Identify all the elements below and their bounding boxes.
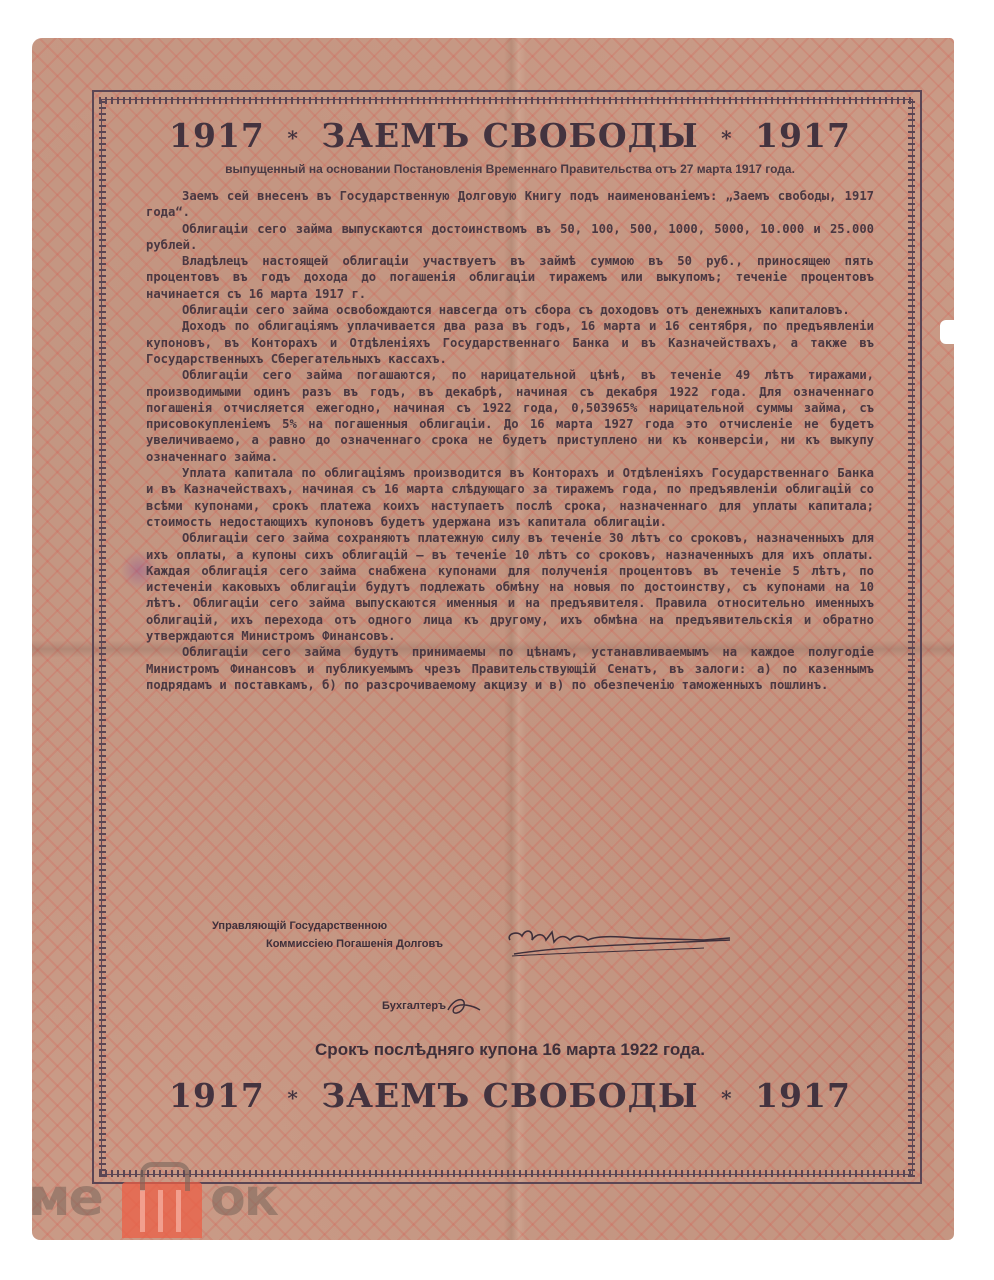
manager-title-line1: Управляющій Государственною <box>212 920 387 932</box>
accountant-label: Бухгалтеръ <box>382 1000 446 1012</box>
title-name: ЗАЕМЪ СВОБОДЫ <box>321 116 698 155</box>
title-year-right: 1917 <box>755 116 851 155</box>
bond-subtitle: выпущенный на основании Постановленія Вр… <box>146 162 874 176</box>
terms-paragraph: Владѣлецъ настоящей облигаціи участвуетъ… <box>146 253 874 302</box>
star-icon: * <box>287 126 298 150</box>
terms-paragraph: Облигаціи сего займа погашаются, по нари… <box>146 367 874 465</box>
star-icon: * <box>721 1086 732 1110</box>
title-year-left: 1917 <box>169 1076 265 1115</box>
coupon-deadline: Срокъ послѣдняго купона 16 марта 1922 го… <box>146 1040 874 1060</box>
accountant-signature <box>444 994 484 1018</box>
terms-paragraph: Уплата капитала по облигаціямъ производи… <box>146 465 874 530</box>
title-year-left: 1917 <box>169 116 265 155</box>
bond-terms: Заемъ сей внесенъ въ Государственную Дол… <box>146 188 874 693</box>
watermark-text-left: ме <box>28 1168 102 1228</box>
site-watermark: ме ок <box>0 1160 320 1240</box>
watermark-text-right: ок <box>210 1168 277 1228</box>
bond-paper: 1917 * ЗАЕМЪ СВОБОДЫ * 1917 выпущенный н… <box>32 38 954 1240</box>
bond-title-bottom: 1917 * ЗАЕМЪ СВОБОДЫ * 1917 <box>146 1074 874 1118</box>
bond-title-bottom-text: 1917 * ЗАЕМЪ СВОБОДЫ * 1917 <box>146 1074 874 1118</box>
shopping-bag-icon <box>122 1182 202 1238</box>
star-icon: * <box>721 126 732 150</box>
terms-paragraph: Облигаціи сего займа сохраняютъ платежну… <box>146 530 874 644</box>
star-icon: * <box>287 1086 298 1110</box>
title-year-right: 1917 <box>755 1076 851 1115</box>
terms-paragraph: Доходъ по облигаціямъ уплачивается два р… <box>146 318 874 367</box>
manager-signature <box>504 926 734 960</box>
terms-paragraph: Облигаціи сего займа будутъ принимаемы п… <box>146 644 874 693</box>
terms-paragraph: Облигаціи сего займа выпускаются достоин… <box>146 221 874 254</box>
paper-tear-notch <box>940 320 960 344</box>
terms-paragraph: Заемъ сей внесенъ въ Государственную Дол… <box>146 188 874 221</box>
bond-title-top: 1917 * ЗАЕМЪ СВОБОДЫ * 1917 <box>146 114 874 158</box>
bond-content: 1917 * ЗАЕМЪ СВОБОДЫ * 1917 выпущенный н… <box>146 114 874 693</box>
terms-paragraph: Облигаціи сего займа освобождаются навсе… <box>146 302 874 318</box>
manager-title-line2: Коммиссіею Погашенія Долговъ <box>266 938 443 950</box>
title-name: ЗАЕМЪ СВОБОДЫ <box>321 1076 698 1115</box>
